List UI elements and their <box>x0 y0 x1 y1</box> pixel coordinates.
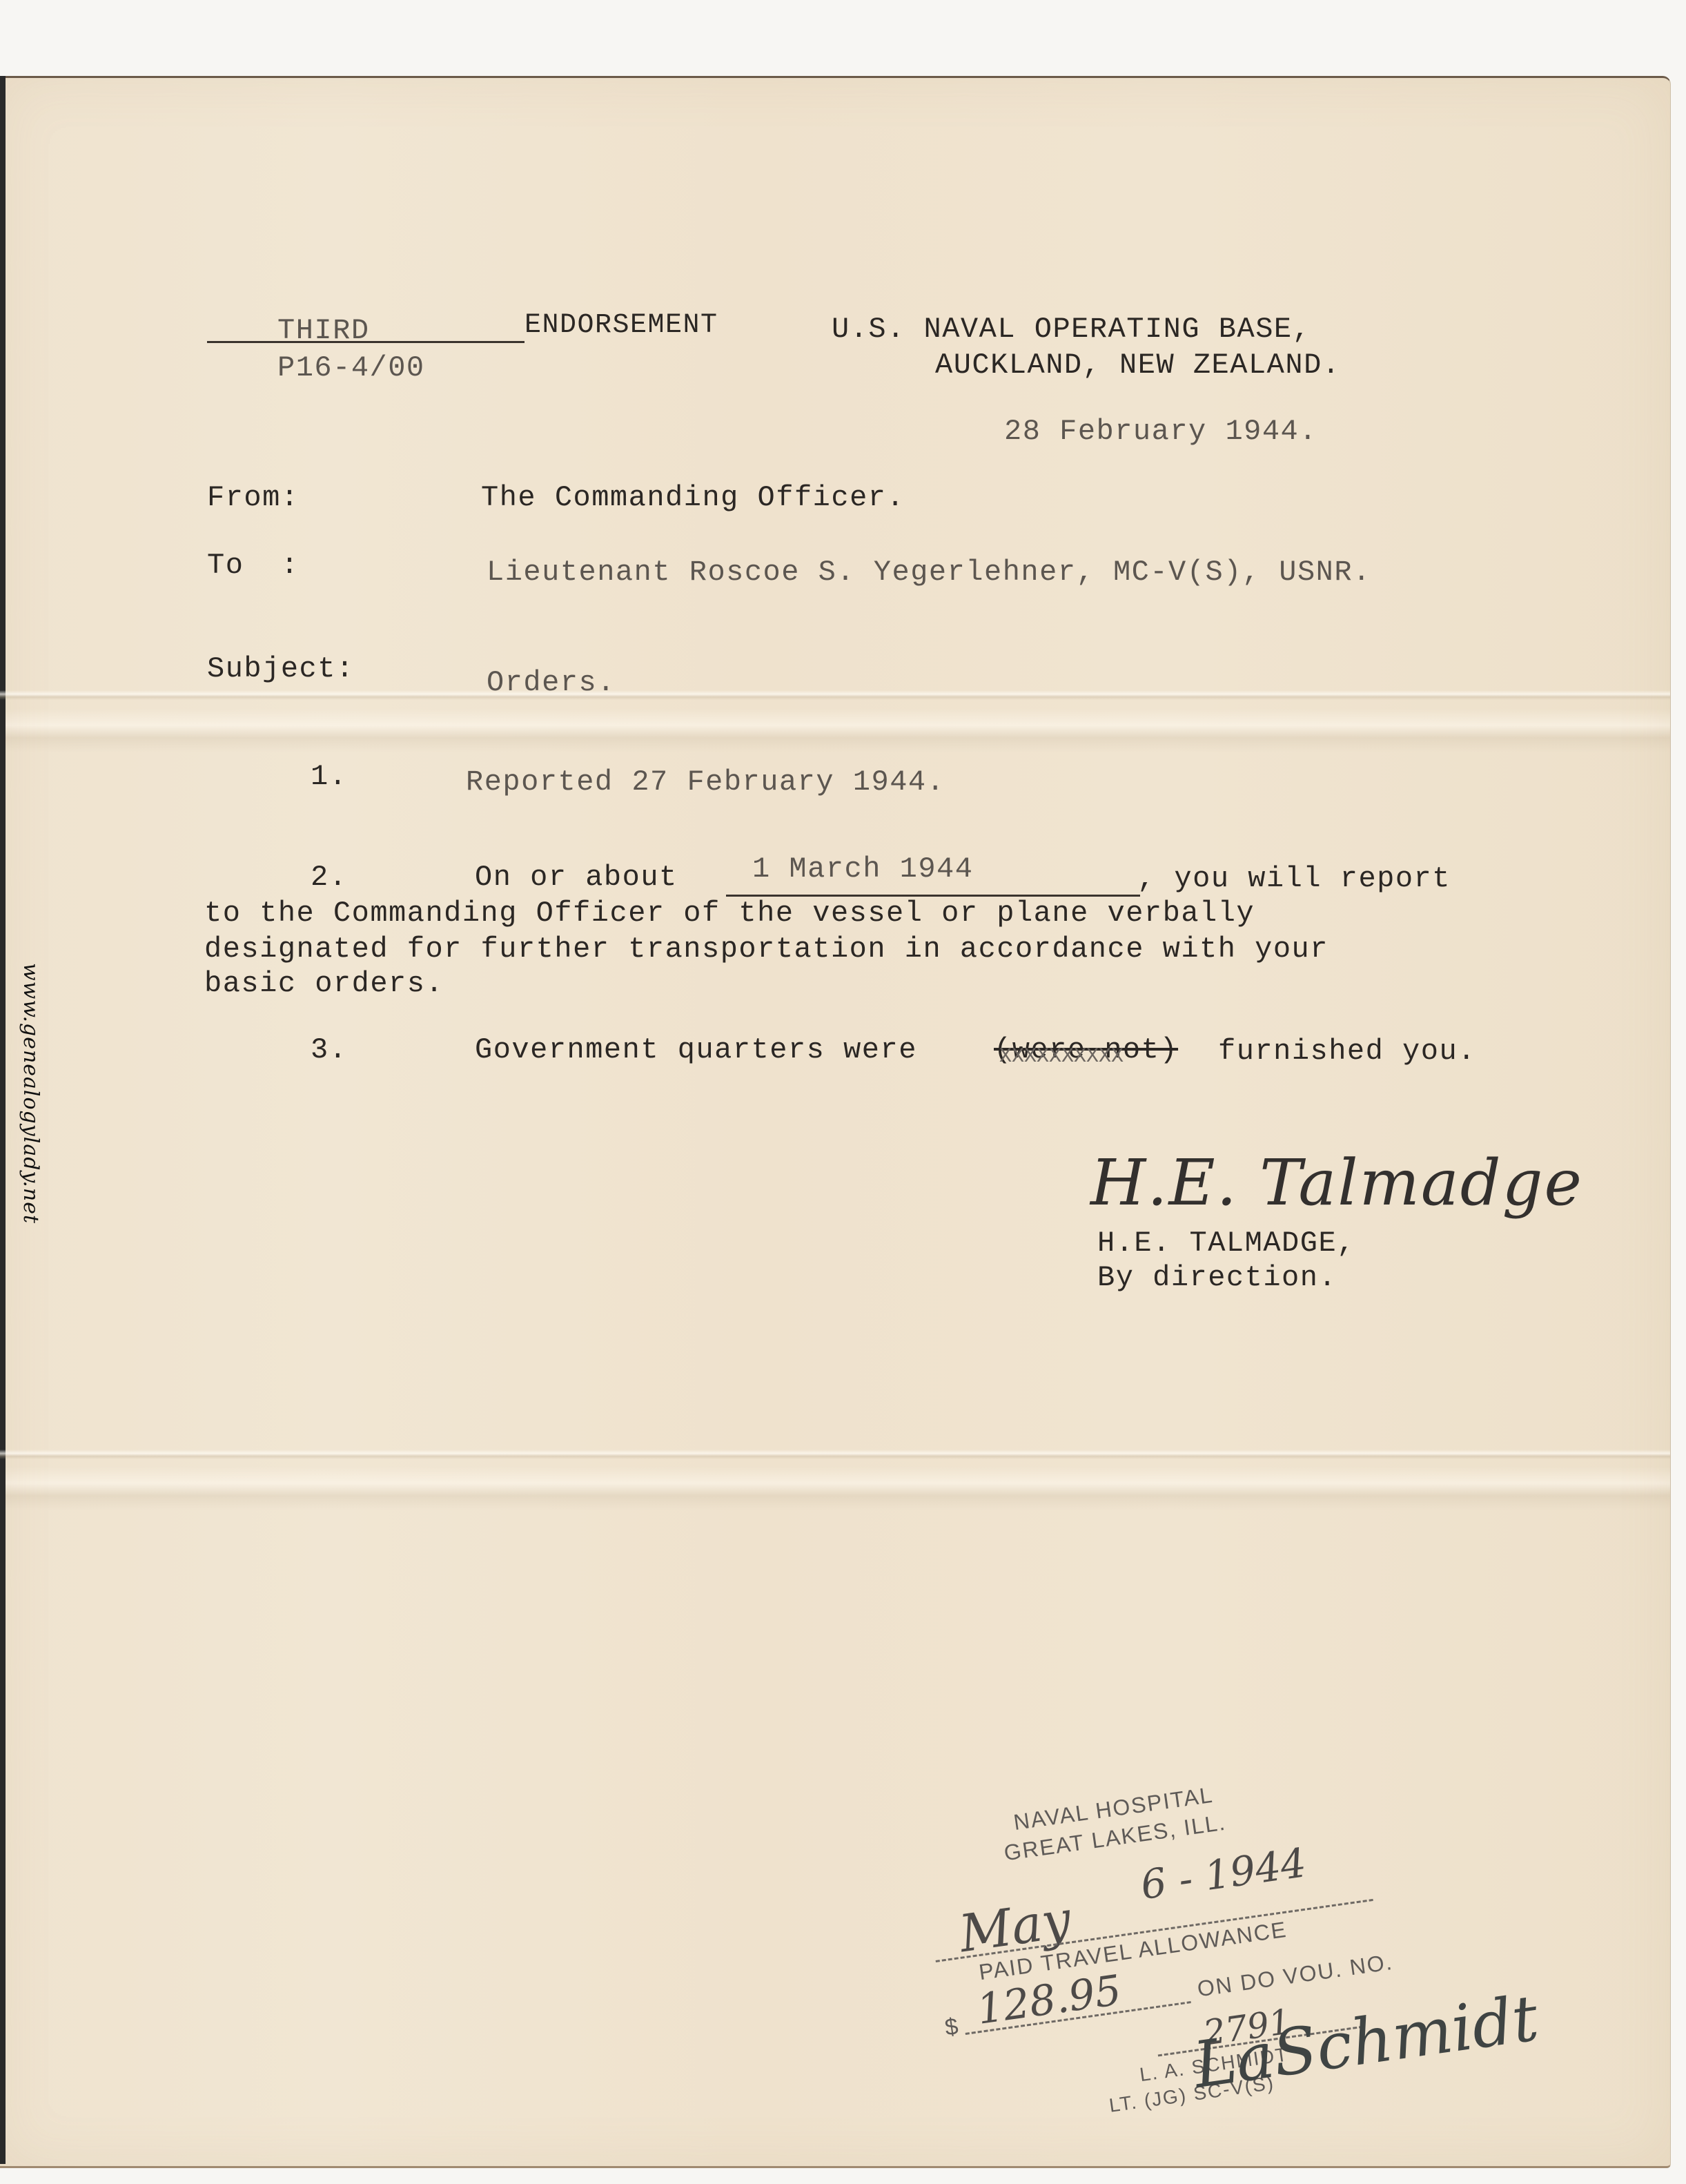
paragraph-3-lead: Government quarters were <box>475 1035 917 1064</box>
origin-line-2: AUCKLAND, NEW ZEALAND. <box>935 351 1341 380</box>
watermark-text: www.genealogylady.net <box>15 963 43 1239</box>
endorsement-label: ENDORSEMENT <box>525 312 718 340</box>
paragraph-1-text: Reported 27 February 1944. <box>466 768 945 797</box>
fold-line-upper <box>0 690 1670 700</box>
paragraph-2-line-3: basic orders. <box>204 969 444 998</box>
typed-signer-name: H.E. TALMADGE, <box>1097 1229 1355 1258</box>
stamp-voucher-label: ON DO VOU. NO. <box>1196 1949 1395 2002</box>
origin-line-1: U.S. NAVAL OPERATING BASE, <box>832 315 1311 344</box>
typed-signer-title: By direction. <box>1097 1263 1337 1292</box>
paragraph-3-trail: furnished you. <box>1218 1037 1476 1066</box>
to-value: Lieutenant Roscoe S. Yegerlehner, MC-V(S… <box>487 558 1371 587</box>
paragraph-2-line-1: to the Commanding Officer of the vessel … <box>204 899 1255 928</box>
paragraph-1-number: 1. <box>311 762 347 791</box>
subject-value: Orders. <box>487 668 616 697</box>
from-value: The Commanding Officer. <box>481 483 905 512</box>
file-number: P16-4/00 <box>277 353 425 382</box>
subject-label: Subject: <box>207 654 355 683</box>
paragraph-2-trail: , you will report <box>1137 864 1451 893</box>
scan-edge <box>0 76 6 2164</box>
strikeout-x-marks: XXXXXXXXXX <box>999 1046 1124 1067</box>
document-date: 28 February 1944. <box>1004 417 1317 446</box>
paragraph-2-line-2: designated for further transportation in… <box>204 935 1329 964</box>
stamp-currency: $ <box>943 2013 961 2042</box>
to-label: To : <box>207 551 300 580</box>
from-label: From: <box>207 483 300 512</box>
fold-line-lower <box>0 1450 1670 1459</box>
endorsement-underline <box>207 341 525 343</box>
handwritten-signature-talmadge: H.E. Talmadge <box>1090 1146 1583 1220</box>
stamp-hw-day-year: 6 - 1944 <box>1138 1839 1309 1909</box>
paragraph-2-number: 2. <box>311 863 347 892</box>
paragraph-2-lead: On or about <box>475 863 678 892</box>
paragraph-3-number: 3. <box>311 1035 347 1064</box>
paragraph-2-fill-in-date: 1 March 1944 <box>752 855 973 884</box>
